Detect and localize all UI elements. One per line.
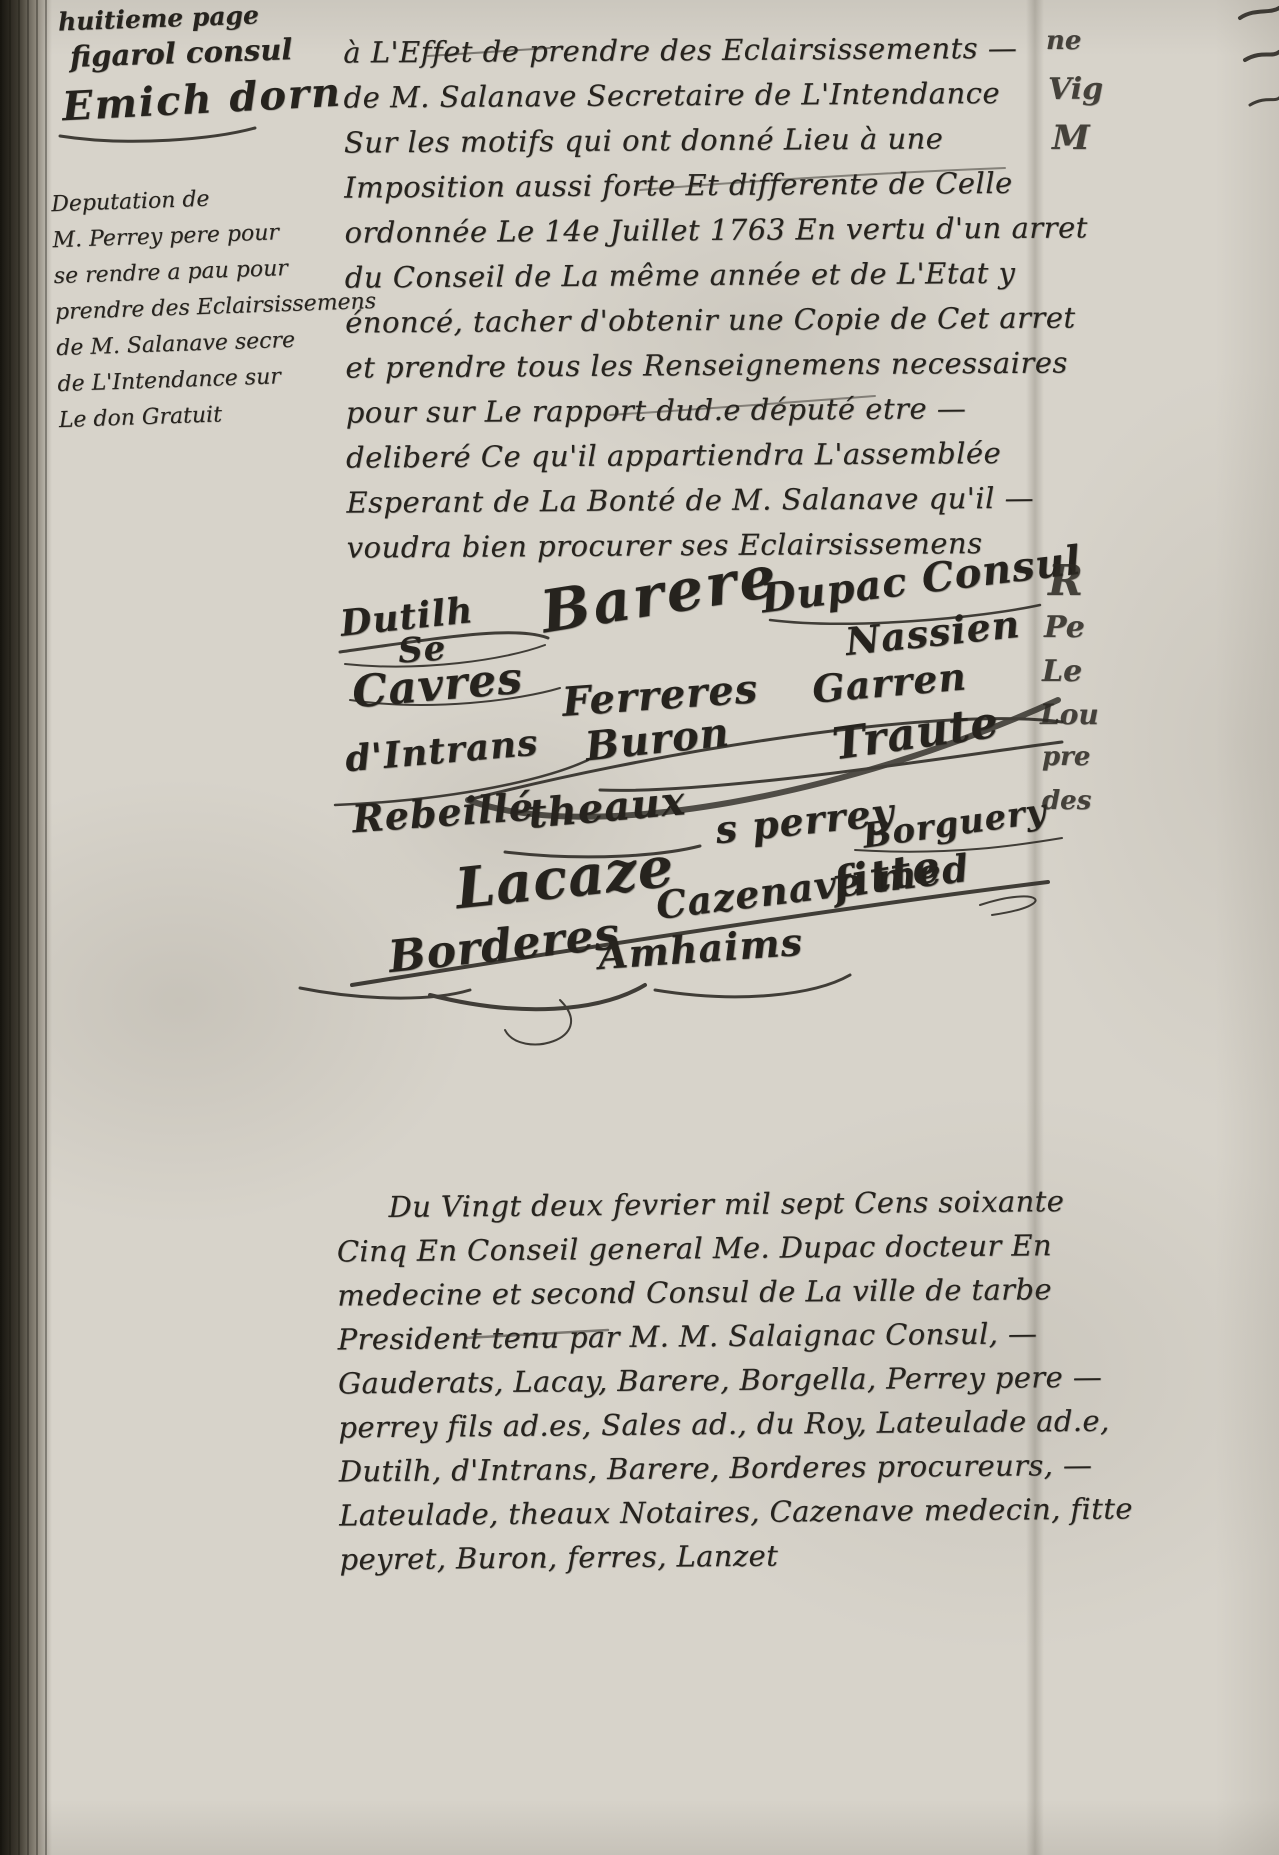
- adjacent-page-fragment: Le: [1042, 654, 1082, 689]
- main-text-line: ordonnée Le 14e Juillet 1763 En vertu d'…: [344, 205, 1088, 255]
- main-text-line: à L'Effet de prendre des Eclairsissement…: [343, 25, 1087, 75]
- entry-line: Cinq En Conseil general Me. Dupac docteu…: [337, 1223, 1131, 1274]
- entry-line: Dutilh, d'Intrans, Barere, Borderes proc…: [339, 1443, 1133, 1494]
- deliberation-text: à L'Effet de prendre des Eclairsissement…: [343, 25, 1090, 570]
- signature-dintrans: d'Intrans: [344, 722, 541, 781]
- adjacent-page-fragment: des: [1042, 786, 1091, 816]
- book-binding-edge: [0, 0, 52, 1855]
- signature-fitte: fitte: [828, 841, 944, 910]
- main-text-line: Sur les motifs qui ont donné Lieu à une: [344, 115, 1088, 165]
- signature-rebeille: Rebeillé: [351, 784, 536, 842]
- main-text-line: du Conseil de La même année et de L'Etat…: [345, 250, 1089, 300]
- adjacent-page-fragment: R: [1048, 556, 1083, 605]
- main-text-line: Imposition aussi forte Et differente de …: [344, 160, 1088, 210]
- adjacent-page-fragment: Pe: [1044, 610, 1085, 645]
- margin-summary-note: Deputation de M. Perrey pere pour se ren…: [51, 177, 355, 439]
- signature-cavres: Cavres: [350, 653, 525, 719]
- consul-annotation: figarol consul: [69, 32, 292, 74]
- entry-line: Du Vingt deux fevrier mil sept Cens soix…: [336, 1179, 1130, 1230]
- adjacent-page-fragment: ne: [1046, 26, 1081, 56]
- adjacent-page-fragment: Lou: [1040, 698, 1099, 731]
- main-text-line: énoncé, tacher d'obtenir une Copie de Ce…: [345, 295, 1089, 345]
- main-text-line: et prendre tous les Renseignemens necess…: [345, 340, 1089, 390]
- main-text-line: Esperant de La Bonté de M. Salanave qu'i…: [346, 475, 1090, 525]
- entry-line: Gauderats, Lacay, Barere, Borgella, Perr…: [338, 1355, 1132, 1406]
- entry-line: Lateulade, theaux Notaires, Cazenave med…: [339, 1487, 1133, 1538]
- entry-line: President tenu par M. M. Salaignac Consu…: [337, 1311, 1131, 1362]
- signature-theaux: theaux: [526, 777, 687, 838]
- adjacent-page-fragment: Vig: [1048, 72, 1103, 107]
- clerk-signature: Emich dorn: [61, 69, 343, 131]
- council-session-entry: Du Vingt deux fevrier mil sept Cens soix…: [336, 1179, 1133, 1582]
- main-text-line: deliberé Ce qu'il appartiendra L'assembl…: [346, 430, 1090, 480]
- main-text-line: pour sur Le rapport dud.e député etre —: [346, 385, 1090, 435]
- signature-nassien: Nassien: [843, 601, 1022, 664]
- adjacent-page-fragment: pre: [1042, 742, 1090, 772]
- document-page: huitieme page figarol consul Emich dorn …: [0, 0, 1279, 1855]
- entry-line: medecine et second Consul de La ville de…: [337, 1267, 1131, 1318]
- signature-lacaze: Lacaze: [452, 834, 677, 923]
- adjacent-page-fragment: M: [1052, 118, 1090, 158]
- signature-amhaims: Amhaims: [597, 919, 805, 978]
- main-text-line: de M. Salanave Secretaire de L'Intendanc…: [343, 70, 1087, 120]
- entry-line: peyret, Buron, ferres, Lanzet: [339, 1531, 1133, 1582]
- page-number-label: huitieme page: [58, 1, 260, 37]
- signature-borderes: Borderes: [386, 908, 622, 983]
- entry-line: perrey fils ad.es, Sales ad., du Roy, La…: [338, 1399, 1132, 1450]
